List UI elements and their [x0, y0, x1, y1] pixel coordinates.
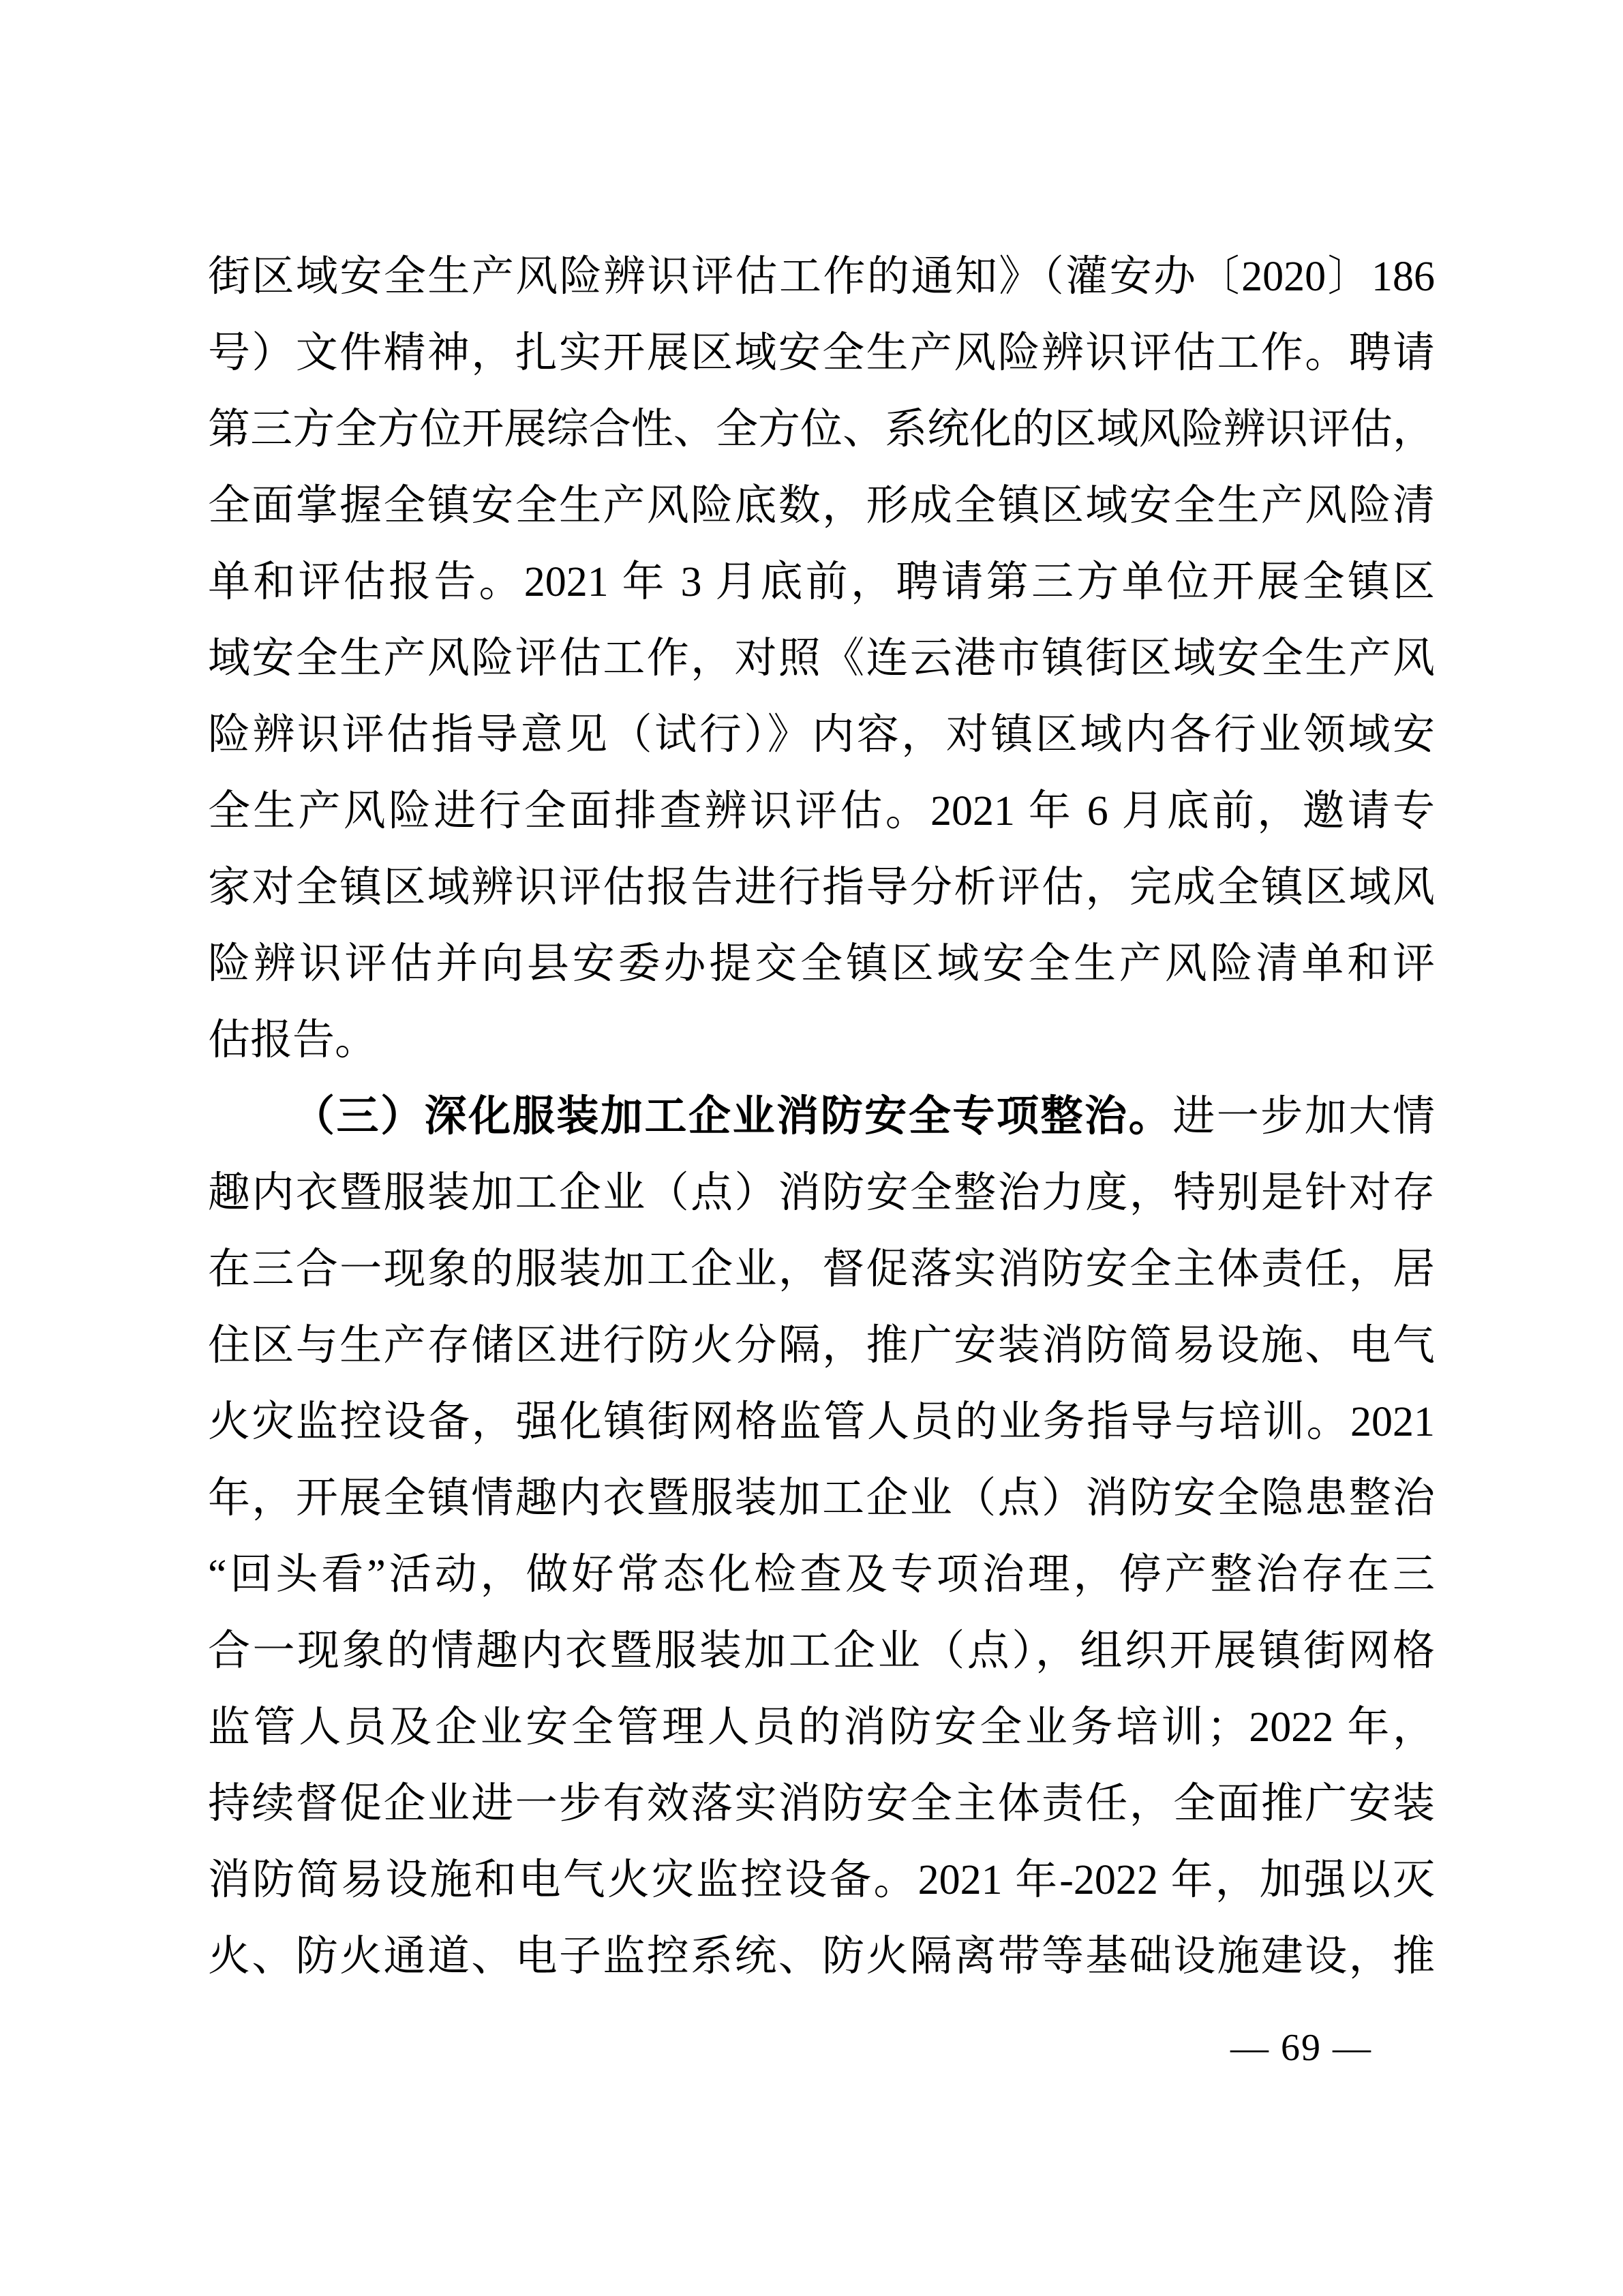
- text-line: 号）文件精神，扎实开展区域安全生产风险辨识评估工作。聘请: [208, 315, 1435, 391]
- text-line: 街区域安全生产风险辨识评估工作的通知》（灌安办〔2020〕186: [208, 239, 1435, 315]
- text-line: 趣内衣暨服装加工企业（点）消防安全整治力度，特别是针对存: [208, 1155, 1435, 1231]
- text-line: （三）深化服装加工企业消防安全专项整治。进一步加大情: [208, 1078, 1435, 1155]
- paragraph-last-line: 估报告。: [208, 1002, 1435, 1078]
- text-line: 域安全生产风险评估工作，对照《连云港市镇街区域安全生产风: [208, 620, 1435, 697]
- text-line: 单和评估报告。2021 年 3 月底前，聘请第三方单位开展全镇区: [208, 544, 1435, 620]
- text-line: 合一现象的情趣内衣暨服装加工企业（点），组织开展镇街网格: [208, 1613, 1435, 1689]
- section-heading: （三）深化服装加工企业消防安全专项整治。: [292, 1093, 1172, 1140]
- document-page: 街区域安全生产风险辨识评估工作的通知》（灌安办〔2020〕186 号）文件精神，…: [0, 0, 1623, 2296]
- page-number: — 69 —: [1230, 2023, 1372, 2072]
- text-line: 住区与生产存储区进行防火分隔，推广安装消防简易设施、电气: [208, 1308, 1435, 1384]
- text-line: 第三方全方位开展综合性、全方位、系统化的区域风险辨识评估，: [208, 391, 1435, 468]
- text-line: 持续督促企业进一步有效落实消防安全主体责任，全面推广安装: [208, 1766, 1435, 1842]
- text-run: 进一步加大情: [1172, 1093, 1435, 1140]
- text-line: 全面掌握全镇安全生产风险底数，形成全镇区域安全生产风险清: [208, 468, 1435, 544]
- text-line: 火灾监控设备，强化镇街网格监管人员的业务指导与培训。2021: [208, 1384, 1435, 1460]
- text-line: “回头看”活动，做好常态化检查及专项治理，停产整治存在三: [208, 1537, 1435, 1613]
- text-line: 险辨识评估并向县安委办提交全镇区域安全生产风险清单和评: [208, 926, 1435, 1002]
- body-text: 街区域安全生产风险辨识评估工作的通知》（灌安办〔2020〕186 号）文件精神，…: [208, 239, 1435, 1995]
- text-line: 火、防火通道、电子监控系统、防火隔离带等基础设施建设，推: [208, 1918, 1435, 1995]
- text-line: 监管人员及企业安全管理人员的消防安全业务培训；2022 年，: [208, 1689, 1435, 1766]
- text-line: 家对全镇区域辨识评估报告进行指导分析评估，完成全镇区域风: [208, 849, 1435, 926]
- text-line: 险辨识评估指导意见（试行）》内容，对镇区域内各行业领域安: [208, 697, 1435, 773]
- text-line: 消防简易设施和电气火灾监控设备。2021 年-2022 年，加强以灭: [208, 1842, 1435, 1918]
- text-line: 全生产风险进行全面排查辨识评估。2021 年 6 月底前，邀请专: [208, 773, 1435, 849]
- text-line: 年，开展全镇情趣内衣暨服装加工企业（点）消防安全隐患整治: [208, 1460, 1435, 1537]
- text-line: 在三合一现象的服装加工企业，督促落实消防安全主体责任，居: [208, 1231, 1435, 1308]
